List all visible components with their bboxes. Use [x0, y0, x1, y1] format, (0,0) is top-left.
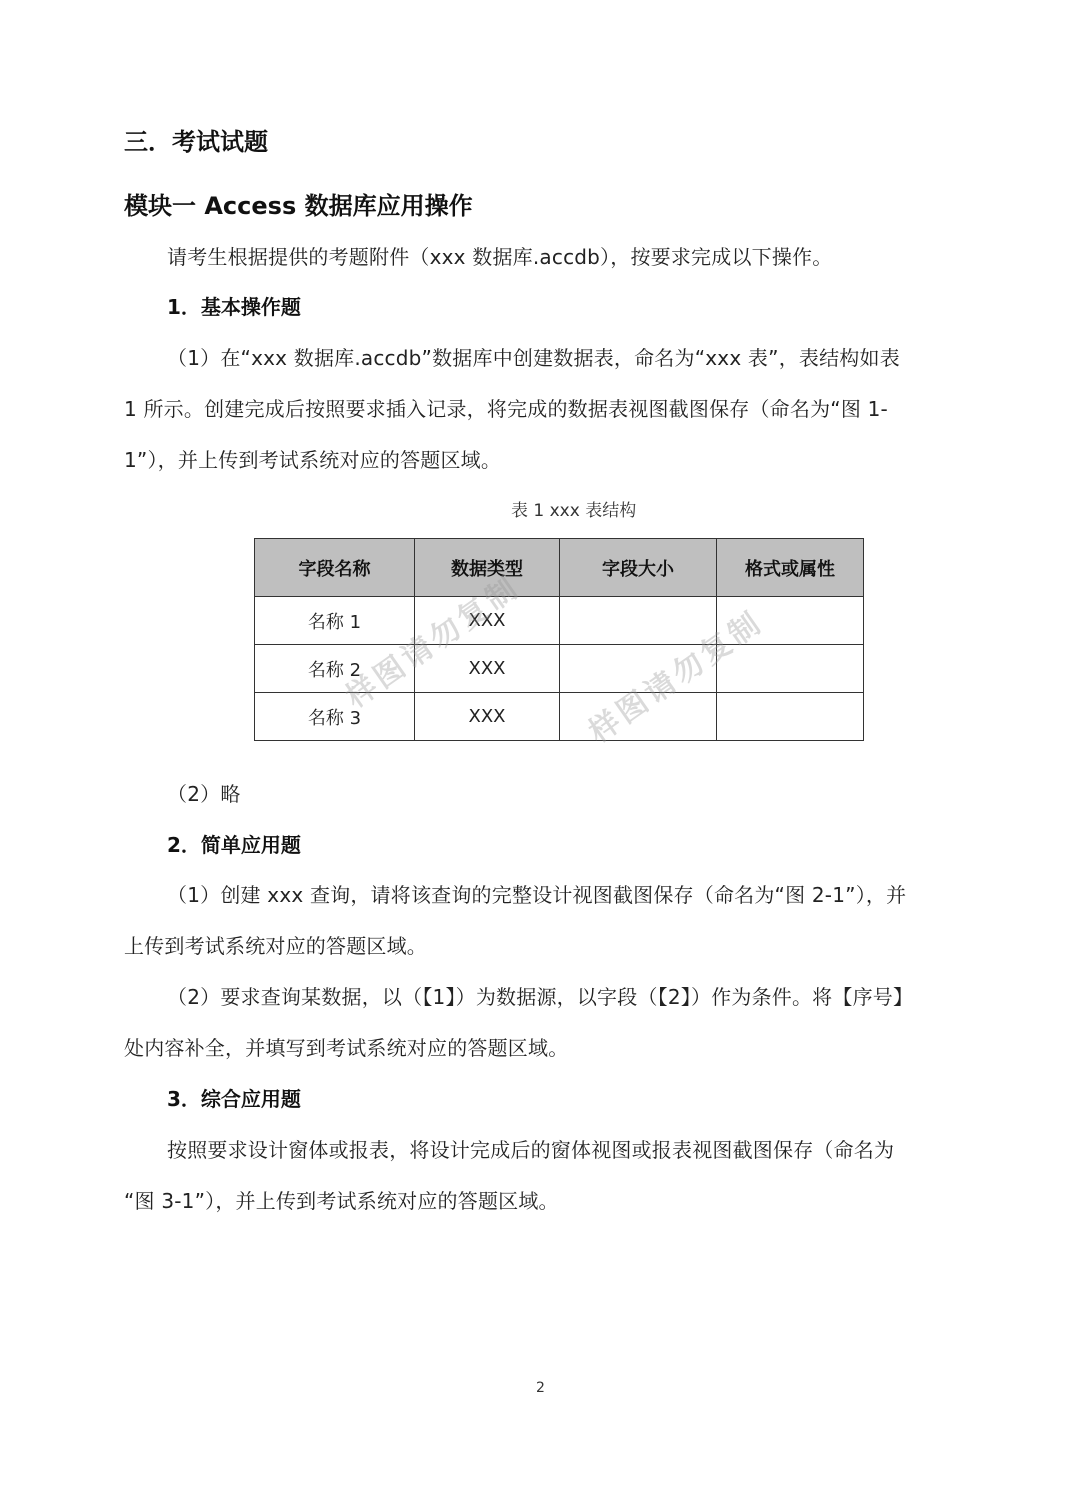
table-cell [717, 645, 864, 693]
q1-item1-line2: 1 所示。创建完成后按照要求插入记录，将完成的数据表视图截图保存（命名为“图 1… [124, 393, 888, 422]
module-title: 模块一 Access 数据库应用操作 [124, 186, 473, 221]
q2-item2-line2: 处内容补全，并填写到考试系统对应的答题区域。 [124, 1032, 568, 1061]
document-page: 三．考试试题 模块一 Access 数据库应用操作 请考生根据提供的考题附件（x… [0, 0, 1080, 1499]
table-row: 名称 2 XXX [255, 645, 864, 693]
table-cell: XXX [415, 645, 560, 693]
q3-line2: “图 3-1”），并上传到考试系统对应的答题区域。 [124, 1185, 559, 1214]
q1-item2: （2）略 [167, 778, 241, 807]
q1-item1-line1: （1）在“xxx 数据库.accdb”数据库中创建数据表，命名为“xxx 表”，… [167, 342, 900, 371]
table-cell [717, 597, 864, 645]
table-cell [560, 645, 717, 693]
table-cell [717, 693, 864, 741]
q1-heading: 1．基本操作题 [167, 291, 301, 320]
table-cell: 名称 3 [255, 693, 415, 741]
table-cell: XXX [415, 597, 560, 645]
q1-item1-line3: 1”），并上传到考试系统对应的答题区域。 [124, 444, 501, 473]
table-caption: 表 1 xxx 表结构 [511, 496, 636, 521]
table-cell: 名称 1 [255, 597, 415, 645]
table-header-row: 字段名称 数据类型 字段大小 格式或属性 [255, 539, 864, 597]
table-header-cell: 数据类型 [415, 539, 560, 597]
table-header-cell: 字段大小 [560, 539, 717, 597]
structure-table: 字段名称 数据类型 字段大小 格式或属性 名称 1 XXX 名称 2 XXX 名… [254, 538, 864, 741]
section-title: 三．考试试题 [124, 122, 268, 157]
intro-paragraph: 请考生根据提供的考题附件（xxx 数据库.accdb），按要求完成以下操作。 [167, 241, 832, 270]
table-cell [560, 597, 717, 645]
q2-item1-line2: 上传到考试系统对应的答题区域。 [124, 930, 427, 959]
q2-item1-line1: （1）创建 xxx 查询，请将该查询的完整设计视图截图保存（命名为“图 2-1”… [167, 879, 906, 908]
table-row: 名称 3 XXX [255, 693, 864, 741]
q2-heading: 2．简单应用题 [167, 829, 301, 858]
q2-item2-line1: （2）要求查询某数据，以（【1】）为数据源，以字段（【2】）作为条件。将【序号】 [167, 981, 913, 1010]
table-header-cell: 字段名称 [255, 539, 415, 597]
q3-heading: 3．综合应用题 [167, 1083, 301, 1112]
table-cell [560, 693, 717, 741]
table-header-cell: 格式或属性 [717, 539, 864, 597]
table-cell: 名称 2 [255, 645, 415, 693]
q3-line1: 按照要求设计窗体或报表，将设计完成后的窗体视图或报表视图截图保存（命名为 [167, 1134, 894, 1163]
table-cell: XXX [415, 693, 560, 741]
table-row: 名称 1 XXX [255, 597, 864, 645]
page-number: 2 [536, 1380, 545, 1396]
